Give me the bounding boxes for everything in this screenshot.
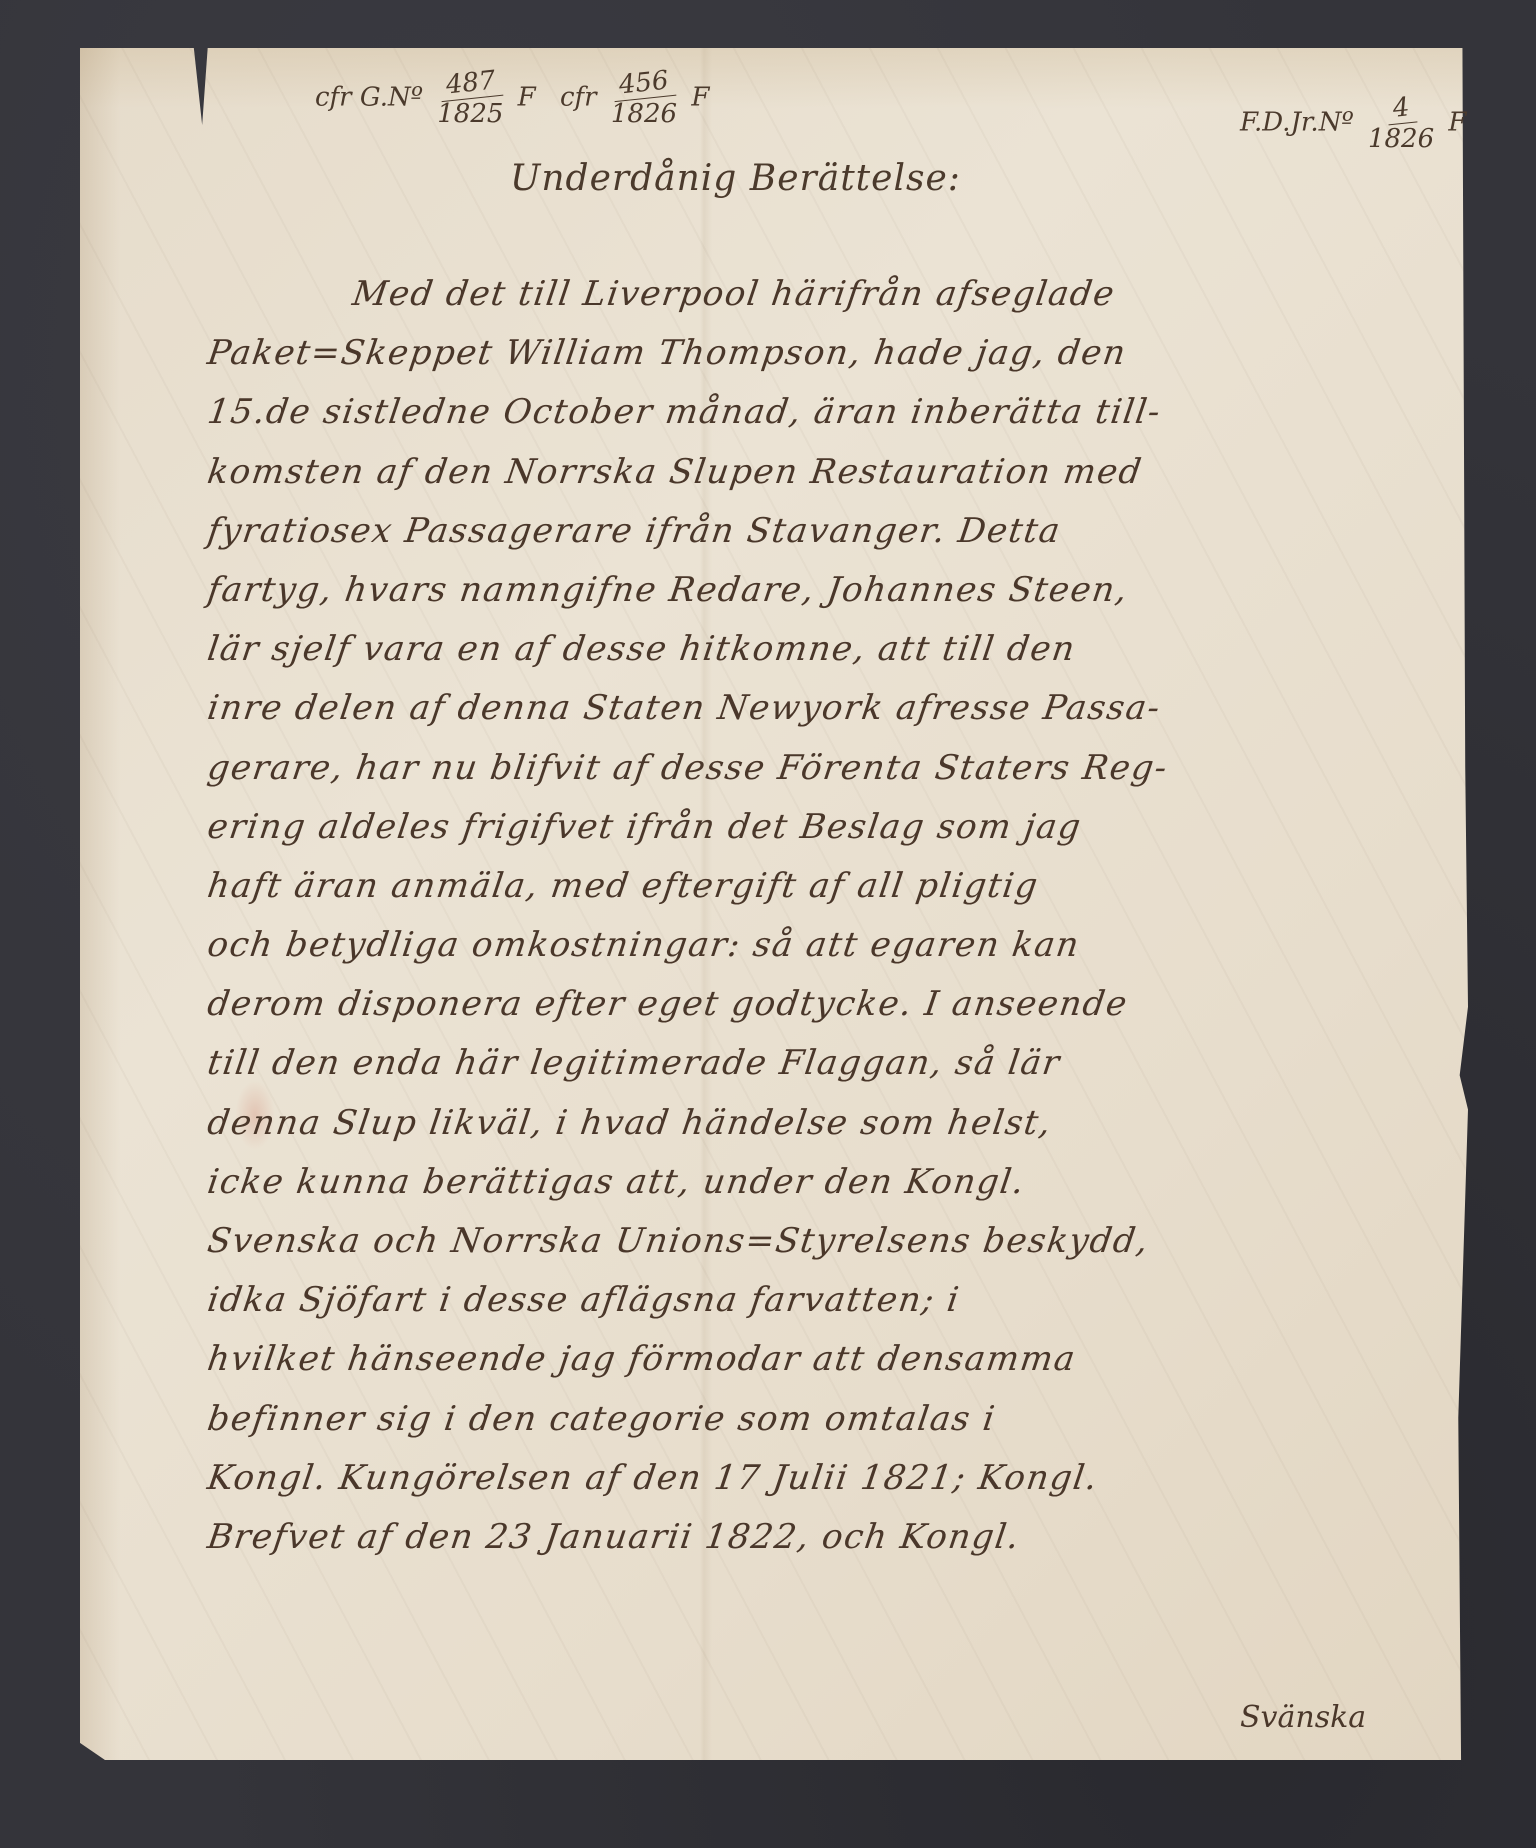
text-line: Brefvet af den 23 Januarii 1822, och Kon… bbox=[205, 1498, 1463, 1557]
text-line: och betydliga omkostningar: så att egare… bbox=[205, 906, 1463, 965]
text-line: denna Slup likväl, i hvad händelse som h… bbox=[205, 1084, 1463, 1143]
ref-number: 4 bbox=[1385, 94, 1416, 126]
text-line: Svenska och Norrska Unions=Styrelsens be… bbox=[205, 1202, 1463, 1261]
ref-suffix: F bbox=[1448, 108, 1466, 138]
text-line: derom disponera efter eget godtycke. I a… bbox=[205, 965, 1463, 1024]
archive-reference-2: cfr 456 1826 F bbox=[560, 70, 709, 127]
ref-number: 487 bbox=[438, 67, 502, 102]
ref-prefix: cfr G.Nº bbox=[315, 83, 423, 113]
ref-suffix: F bbox=[691, 83, 709, 113]
text-line: fartyg, hvars namngifne Redare, Johannes… bbox=[205, 551, 1463, 610]
ref-suffix: F bbox=[518, 83, 536, 113]
text-line: Kongl. Kungörelsen af den 17 Julii 1821;… bbox=[205, 1439, 1463, 1498]
ref-number: 456 bbox=[612, 67, 676, 102]
ref-fraction: 4 1826 bbox=[1368, 95, 1434, 152]
text-line: icke kunna berättigas att, under den Kon… bbox=[205, 1143, 1463, 1202]
catchword: Svänska bbox=[1240, 1700, 1366, 1735]
ref-year: 1826 bbox=[611, 99, 677, 127]
text-line: inre delen af denna Staten Newyork afres… bbox=[205, 669, 1463, 728]
text-line: ering aldeles frigifvet ifrån det Beslag… bbox=[205, 788, 1463, 847]
text-line: befinner sig i den categorie som omtalas… bbox=[205, 1380, 1463, 1439]
text-line: idka Sjöfart i desse aflägsna farvatten;… bbox=[205, 1261, 1463, 1320]
text-line: hvilket hänseende jag förmodar att densa… bbox=[205, 1320, 1463, 1379]
archive-reference-3: F.D.Jr.Nº 4 1826 F bbox=[1240, 95, 1466, 152]
ref-fraction: 487 1825 bbox=[437, 70, 503, 127]
text-line: gerare, har nu blifvit af desse Förenta … bbox=[205, 729, 1463, 788]
text-line: Med det till Liverpool härifrån afseglad… bbox=[205, 255, 1463, 314]
archive-reference-1: cfr G.Nº 487 1825 F bbox=[315, 70, 536, 127]
ref-year: 1826 bbox=[1368, 124, 1434, 152]
text-line: haft äran anmäla, med eftergift af all p… bbox=[205, 847, 1463, 906]
ref-fraction: 456 1826 bbox=[611, 70, 677, 127]
text-line: Paket=Skeppet William Thompson, hade jag… bbox=[205, 314, 1463, 373]
ref-year: 1825 bbox=[437, 99, 503, 127]
letter-body: Med det till Liverpool härifrån afseglad… bbox=[205, 255, 1455, 1557]
text-line: lär sjelf vara en af desse hitkomne, att… bbox=[205, 610, 1463, 669]
text-line: 15.de sistledne October månad, äran inbe… bbox=[205, 373, 1463, 432]
ref-prefix: F.D.Jr.Nº bbox=[1240, 108, 1354, 138]
letter-title: Underdånig Berättelse: bbox=[510, 158, 961, 199]
text-line: till den enda här legitimerade Flaggan, … bbox=[205, 1024, 1463, 1083]
text-line: fyratiosex Passagerare ifrån Stavanger. … bbox=[205, 492, 1463, 551]
text-line: komsten af den Norrska Slupen Restaurati… bbox=[205, 433, 1463, 492]
ref-prefix: cfr bbox=[560, 83, 597, 113]
